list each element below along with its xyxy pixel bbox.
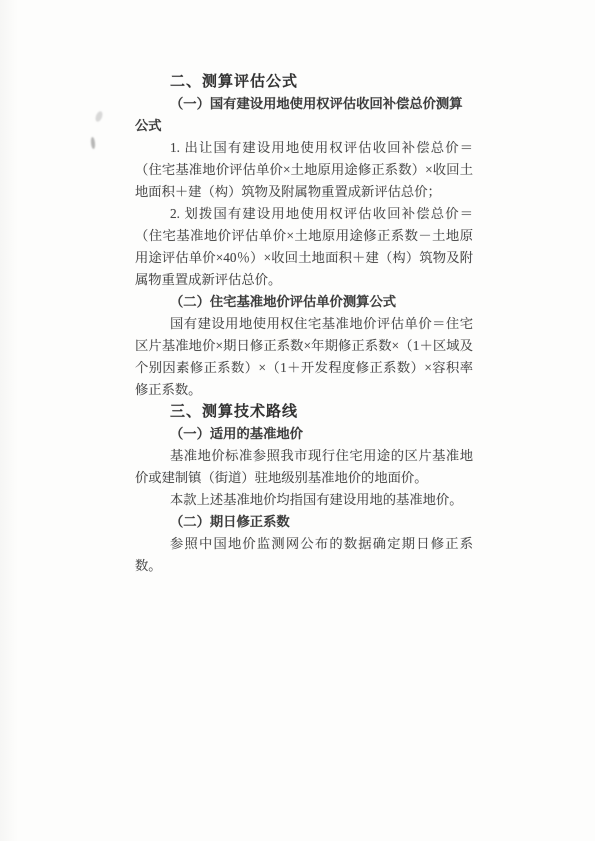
subheading-applicable-benchmark-price: （一）适用的基准地价	[135, 423, 473, 445]
paragraph-formula-granted-land: 1. 出让国有建设用地使用权评估收回补偿总价＝（住宅基准地价评估单价×土地原用途…	[135, 137, 473, 203]
subheading-date-adjustment-factor: （二）期日修正系数	[135, 511, 473, 533]
subheading-unit-price-formula: （二）住宅基准地价评估单价测算公式	[135, 291, 473, 313]
subheading-recovery-total-price: （一）国有建设用地使用权评估收回补偿总价测算公式	[135, 93, 473, 137]
document-body: 二、测算评估公式 （一）国有建设用地使用权评估收回补偿总价测算公式 1. 出让国…	[135, 71, 473, 577]
scan-smudge-mark	[90, 137, 95, 149]
section-heading-formulas: 二、测算评估公式	[135, 71, 473, 93]
scanned-document-page: 二、测算评估公式 （一）国有建设用地使用权评估收回补偿总价测算公式 1. 出让国…	[0, 0, 595, 841]
scan-smudge-mark	[94, 110, 104, 122]
paragraph-benchmark-unit-price-formula: 国有建设用地使用权住宅基准地价评估单价＝住宅区片基准地价×期日修正系数×年期修正…	[135, 313, 473, 401]
paragraph-date-adjustment-source: 参照中国地价监测网公布的数据确定期日修正系数。	[135, 533, 473, 577]
section-heading-technical-route: 三、测算技术路线	[135, 401, 473, 423]
paragraph-benchmark-price-standard: 基准地价标准参照我市现行住宅用途的区片基准地价或建制镇（街道）驻地级别基准地价的…	[135, 445, 473, 489]
paragraph-benchmark-price-note: 本款上述基准地价均指国有建设用地的基准地价。	[135, 489, 473, 511]
paragraph-formula-allocated-land: 2. 划拨国有建设用地使用权评估收回补偿总价＝（住宅基准地价评估单价×土地原用途…	[135, 203, 473, 291]
